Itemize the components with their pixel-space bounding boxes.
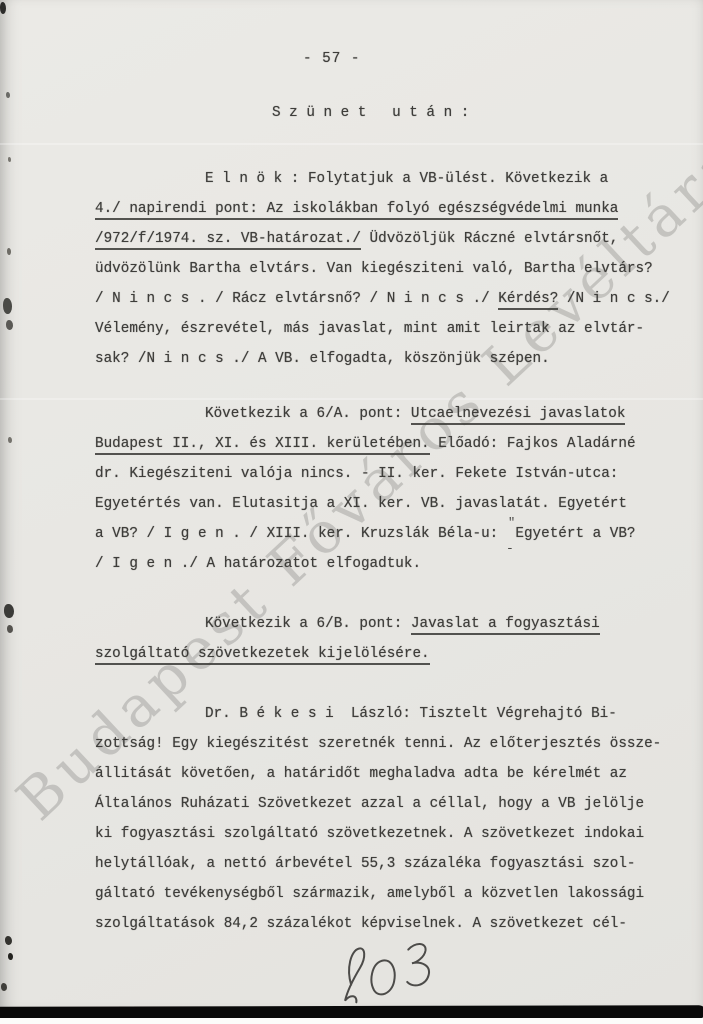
text-line: üdvözölünk Bartha elvtárs. Van kiegészit… bbox=[95, 254, 670, 284]
paper-edge-speck bbox=[1, 983, 7, 991]
text-line: Vélemény, észrevétel, más javaslat, mint… bbox=[95, 314, 670, 344]
text-line: 4./ napirendi pont: Az iskolákban folyó … bbox=[95, 194, 670, 224]
scanned-page: Budapest Főváros Levéltára - 57 - S z ü … bbox=[0, 0, 703, 1024]
paragraph-bekesi-speech: Dr. B é k e s i László: Tisztelt Végreha… bbox=[95, 699, 661, 939]
text-line: szolgáltató szövetkezetek kijelölésére. bbox=[95, 639, 600, 669]
text-line: állitását követően, a határidőt meghalad… bbox=[95, 759, 661, 789]
text-line: Következik a 6/A. pont: Utcaelnevezési j… bbox=[95, 399, 636, 429]
paper-edge-speck bbox=[8, 437, 12, 443]
text-line: Dr. B é k e s i László: Tisztelt Végreha… bbox=[95, 699, 661, 729]
paper-crease bbox=[0, 143, 703, 145]
text-line: gáltató tevékenységből származik, amelyb… bbox=[95, 879, 661, 909]
typed-correction-mark-below: - bbox=[506, 541, 514, 556]
paper-edge-speck bbox=[4, 604, 14, 618]
paper-edge-speck bbox=[3, 298, 12, 314]
text-line: Egyetértés van. Elutasitja a XI. ker. VB… bbox=[95, 489, 636, 519]
text-line: dr. Kiegésziteni valója nincs. - II. ker… bbox=[95, 459, 636, 489]
paper-sheet: Budapest Főváros Levéltára - 57 - S z ü … bbox=[0, 0, 703, 1008]
text-line: a VB? / I g e n . / XIII. ker. Kruzslák … bbox=[95, 519, 636, 549]
paragraph-agenda-point-4: E l n ö k : Folytatjuk a VB-ülést. Követ… bbox=[95, 164, 670, 374]
text-line: E l n ö k : Folytatjuk a VB-ülést. Követ… bbox=[95, 164, 670, 194]
paper-edge-speck bbox=[8, 953, 13, 960]
text-line: Általános Ruházati Szövetkezet azzal a c… bbox=[95, 789, 661, 819]
handwritten-page-number bbox=[325, 933, 455, 1008]
paper-edge-speck bbox=[0, 2, 6, 14]
paragraph-agenda-point-6b: Következik a 6/B. pont: Javaslat a fogya… bbox=[95, 609, 600, 669]
text-line: /972/f/1974. sz. VB-határozat./ Üdvözölj… bbox=[95, 224, 670, 254]
text-line: zottság! Egy kiegészitést szeretnék tenn… bbox=[95, 729, 661, 759]
text-line: Következik a 6/B. pont: Javaslat a fogya… bbox=[95, 609, 600, 639]
paper-edge-speck bbox=[6, 320, 13, 330]
text-line: Budapest II., XI. és XIII. kerületében. … bbox=[95, 429, 636, 459]
paper-edge-speck bbox=[7, 625, 13, 633]
paper-edge-speck bbox=[5, 936, 12, 945]
scanner-background bbox=[0, 1018, 703, 1024]
section-heading: S z ü n e t u t á n : bbox=[272, 98, 469, 128]
text-line: / N i n c s . / Rácz elvtársnő? / N i n … bbox=[95, 284, 670, 314]
paper-edge-speck bbox=[7, 248, 11, 255]
text-line: sak? /N i n c s ./ A VB. elfogadta, kösz… bbox=[95, 344, 670, 374]
typed-correction-mark-above: " bbox=[508, 516, 515, 530]
paragraph-agenda-point-6a: Következik a 6/A. pont: Utcaelnevezési j… bbox=[95, 399, 636, 579]
text-line: ki fogyasztási szolgáltató szövetkezetne… bbox=[95, 819, 661, 849]
page-number: - 57 - bbox=[303, 44, 360, 74]
text-line: helytállóak, a nettó árbevétel 55,3 száz… bbox=[95, 849, 661, 879]
paper-edge-speck bbox=[6, 92, 10, 98]
paper-edge-speck bbox=[8, 157, 11, 162]
text-line: / I g e n ./ A határozatot elfogadtuk. bbox=[95, 549, 636, 579]
